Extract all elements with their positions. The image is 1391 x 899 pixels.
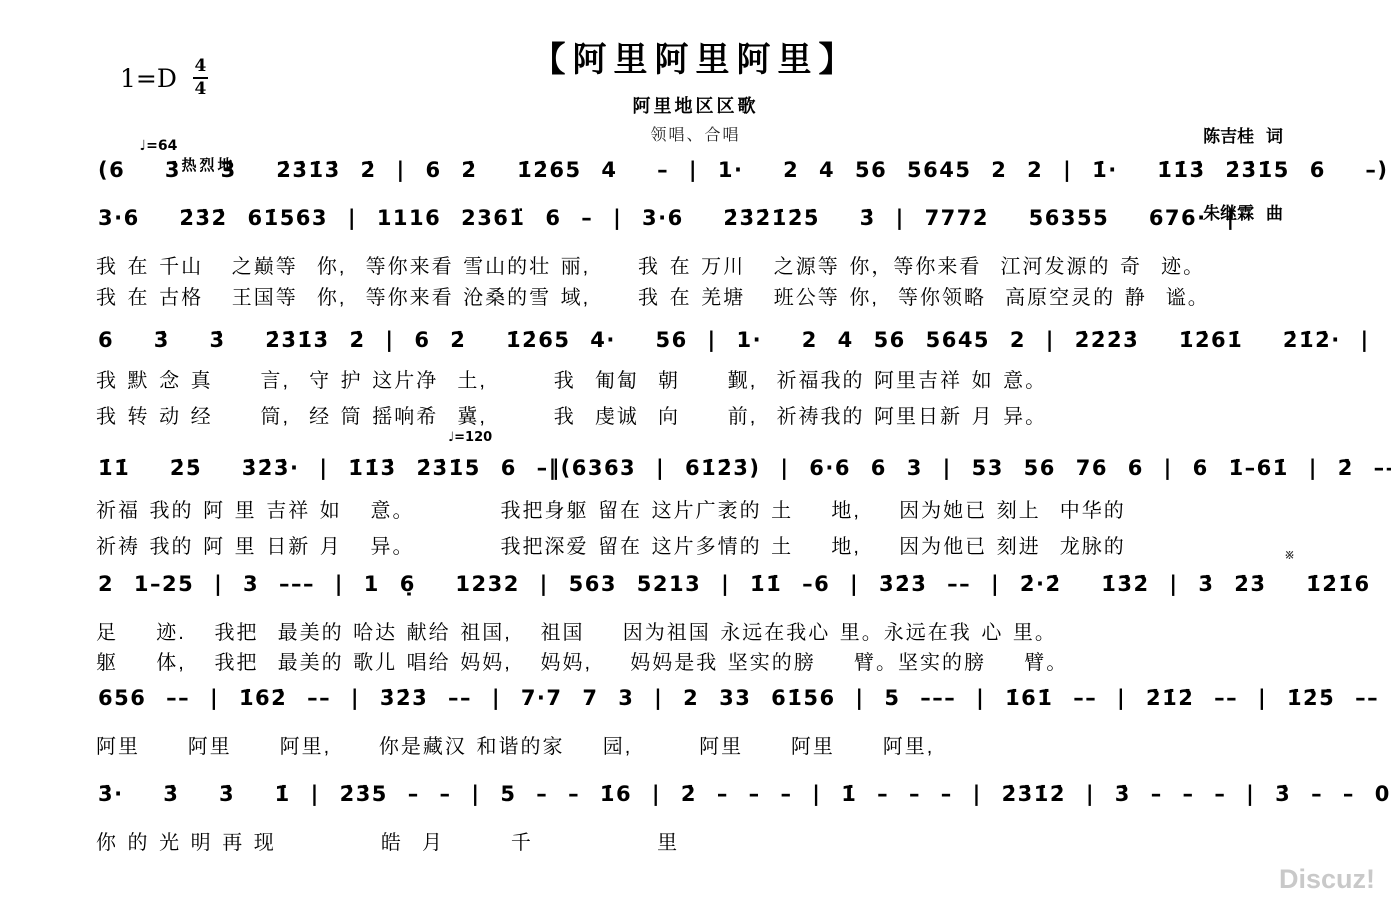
discuz-watermark: Discuz!: [1279, 864, 1375, 895]
time-signature: 4 4: [193, 58, 208, 98]
time-denominator: 4: [194, 81, 206, 98]
song-subtitle: 阿里地区区歌: [0, 92, 1391, 118]
tempo-marking-2: ♩=120: [448, 430, 492, 445]
song-title: 【阿里阿里阿里】: [0, 32, 1391, 81]
lyricist-credit: 陈吉桂 词: [1203, 125, 1283, 151]
notation-line-coda: 3̇· 3̇ 3̇ 1̇ | 2̇3̇5 – – | 5 – – 1̇6 | 2…: [98, 782, 1308, 806]
notation-line-intro: (6 3̇ 3̇ 2̇3̇1̇3̇ 2̇ | 6 2̇ 1̇2̇65 4 – |…: [98, 158, 1308, 182]
lyrics-line-verse2b: 我 转 动 经 筒, 经 筒 摇响希 冀, 我 虔诚 向 前, 祈祷我的 阿里日…: [96, 400, 1326, 429]
notation-line-bridge: 1̇1̇ 2̇5̇ 3̇2̇3̇· | 1̇1̇3̇ 2̇3̇1̇5 6 –‖(…: [98, 456, 1308, 480]
notation-line-chorus2: 656 –– | 1̇62̇ –– | 3̇2̇3̇ –– | 7·7 7 3 …: [98, 686, 1308, 710]
lyrics-line-coda: 你 的 光 明 再 现 皓 月 千 里: [96, 826, 1326, 855]
tempo-bpm: ♩=64: [140, 138, 178, 154]
lyrics-line-bridge-a: 祈福 我的 阿 里 吉祥 如 意。 我把身躯 留在 这片广袤的 土 地, 因为她…: [96, 494, 1326, 523]
lyrics-line-chorus1b: 躯 体, 我把 最美的 歌儿 唱给 妈妈, 妈妈, 妈妈是我 坚实的膀 臂。坚实…: [96, 646, 1326, 675]
key-signature: 1=D 4 4: [120, 58, 208, 98]
lyrics-line-verse1a: 我 在 千山 之巅等 你, 等你来看 雪山的壮 丽, 我 在 万川 之源等 你，…: [96, 250, 1326, 279]
notation-line-chorus1: 2 1–25 | 3 ––– | 1 6̣ 1232 | 563 5213 | …: [98, 572, 1308, 596]
lyrics-line-chorus2: 阿里 阿里 阿里, 你是藏汉 和谐的家 园, 阿里 阿里 阿里,: [96, 730, 1326, 759]
lyrics-line-verse2a: 我 默 念 真 言, 守 护 这片净 土, 我 匍匐 朝 觐, 祈福我的 阿里吉…: [96, 364, 1326, 393]
lyrics-line-verse1b: 我 在 古格 王国等 你, 等你来看 沧桑的雪 域, 我 在 羌塘 班公等 你,…: [96, 281, 1326, 310]
notation-line-verse1: 3·6 2̇3̇2̇ 61̇563 | 1116 2361̈ 6 – | 3·6…: [98, 206, 1308, 230]
lyrics-line-bridge-b: 祈祷 我的 阿 里 日新 月 异。 我把深爱 留在 这片多情的 土 地, 因为他…: [96, 530, 1326, 559]
sheet-music-page: 【阿里阿里阿里】 阿里地区区歌 领唱、合唱 1=D 4 4 ♩=64 热烈地 陈…: [0, 0, 1391, 899]
key-label: 1=D: [120, 64, 177, 93]
lyrics-line-chorus1a: 足 迹. 我把 最美的 哈达 献给 祖国, 祖国 因为祖国 永远在我心 里。永远…: [96, 616, 1326, 645]
segno-mark: ※: [1284, 548, 1295, 563]
notation-line-verse2: 6 3̇ 3̇ 2̇3̇1̇3̇ 2̇ | 6 2̇ 1̇2̇65 4· 56 …: [98, 328, 1308, 352]
time-numerator: 4: [194, 58, 206, 75]
